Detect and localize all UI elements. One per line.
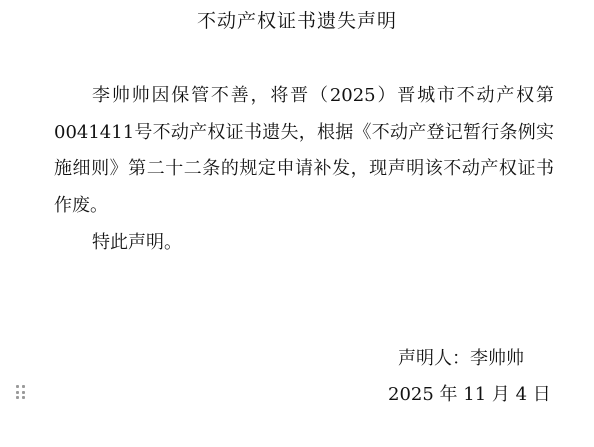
drag-dot [22,385,25,388]
declaration-date: 2025 年 11 月 4 日 [388,380,551,406]
declaration-paragraph: 李帅帅因保管不善，将晋（2025）晋城市不动产权第0041411号不动产权证书遗… [54,78,554,224]
drag-dot [16,396,19,399]
document-title: 不动产权证书遗失声明 [0,6,594,33]
signer-line: 声明人：李帅帅 [398,344,524,370]
drag-handle-icon[interactable] [16,385,26,399]
drag-dot [16,385,19,388]
drag-dot [22,391,25,394]
declaration-body: 李帅帅因保管不善，将晋（2025）晋城市不动产权第0041411号不动产权证书遗… [54,78,554,224]
drag-dot [16,391,19,394]
closing-statement: 特此声明。 [92,228,182,254]
drag-dot [22,396,25,399]
